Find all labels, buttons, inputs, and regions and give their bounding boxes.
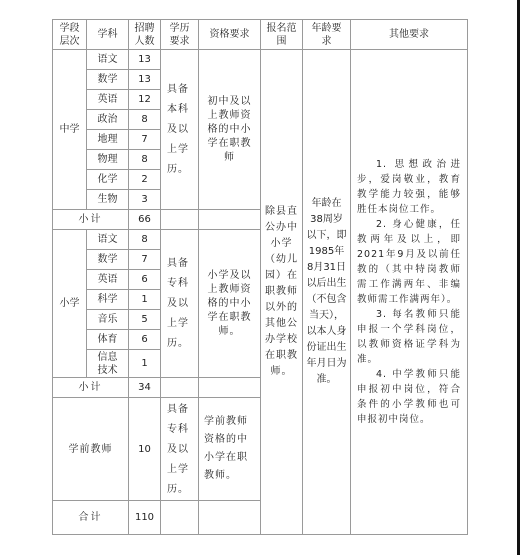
count-cell: 2: [129, 170, 161, 190]
subject-cell: 英语: [87, 270, 129, 290]
preschool-label: 学前教师: [53, 398, 129, 501]
count-cell: 1: [129, 350, 161, 378]
total-count: 110: [129, 501, 161, 535]
scope-cell: 除县直公办中小学（幼儿园）在职教师以外的其他公办学校在职教师。: [261, 50, 303, 535]
age-cell: 年龄在38周岁以下，即1985年8月31日以后出生（不包含当天），以本人身份证出…: [303, 50, 351, 535]
count-cell: 8: [129, 230, 161, 250]
level-primary: 小学: [53, 230, 87, 378]
table-row: 中学 语文 13 具备本科及以上学历。 初中及以上教师资格的中小学在职教师 除县…: [53, 50, 468, 70]
empty-cell: [199, 501, 261, 535]
header-scope: 报名范围: [261, 20, 303, 50]
level-middle: 中学: [53, 50, 87, 210]
total-label: 合计: [53, 501, 129, 535]
empty-cell: [199, 210, 261, 230]
header-level: 学段层次: [53, 20, 87, 50]
other-requirements: 1. 思想政治进步，爱岗敬业，教育教学能力较强，能够胜任本岗位工作。 2. 身心…: [351, 50, 468, 535]
preschool-count: 10: [129, 398, 161, 501]
middle-education: 具备本科及以上学历。: [161, 50, 199, 210]
preschool-education: 具备专科及以上学历。: [161, 398, 199, 501]
header-other: 其他要求: [351, 20, 468, 50]
subject-cell: 语文: [87, 230, 129, 250]
header-subject: 学科: [87, 20, 129, 50]
empty-cell: [161, 210, 199, 230]
count-cell: 13: [129, 70, 161, 90]
count-cell: 1: [129, 290, 161, 310]
header-count: 招聘人数: [129, 20, 161, 50]
count-cell: 8: [129, 110, 161, 130]
subtotal-value: 34: [129, 378, 161, 398]
count-cell: 3: [129, 190, 161, 210]
empty-cell: [161, 501, 199, 535]
header-qualification: 资格要求: [199, 20, 261, 50]
subject-cell: 语文: [87, 50, 129, 70]
count-cell: 5: [129, 310, 161, 330]
subject-cell: 地理: [87, 130, 129, 150]
requirement-2: 2. 身心健康，任教两年及以上，即2021年9月及以前任教的（其中特岗教师需工作…: [357, 217, 461, 307]
subject-cell: 生物: [87, 190, 129, 210]
empty-cell: [199, 378, 261, 398]
subject-cell: 数学: [87, 250, 129, 270]
subject-cell: 音乐: [87, 310, 129, 330]
subtotal-value: 66: [129, 210, 161, 230]
recruitment-table: 学段层次 学科 招聘人数 学历要求 资格要求 报名范围 年龄要求 其他要求 中学…: [52, 19, 468, 535]
count-cell: 7: [129, 250, 161, 270]
subject-cell: 数学: [87, 70, 129, 90]
count-cell: 8: [129, 150, 161, 170]
subject-cell: 信息技术: [87, 350, 129, 378]
middle-qualification: 初中及以上教师资格的中小学在职教师: [199, 50, 261, 210]
count-cell: 12: [129, 90, 161, 110]
count-cell: 6: [129, 270, 161, 290]
subject-cell: 化学: [87, 170, 129, 190]
requirement-3: 3. 每名教师只能申报一个学科岗位，以教师资格证学科为准。: [357, 307, 461, 367]
subject-cell: 英语: [87, 90, 129, 110]
subject-cell: 体育: [87, 330, 129, 350]
requirement-1: 1. 思想政治进步，爱岗敬业，教育教学能力较强，能够胜任本岗位工作。: [357, 157, 461, 217]
count-cell: 6: [129, 330, 161, 350]
subtotal-label: 小计: [53, 378, 129, 398]
subject-cell: 政治: [87, 110, 129, 130]
preschool-qualification: 学前教师资格的中小学在职教师。: [199, 398, 261, 501]
count-cell: 7: [129, 130, 161, 150]
subtotal-label: 小计: [53, 210, 129, 230]
subject-cell: 科学: [87, 290, 129, 310]
requirement-4: 4. 中学教师只能申报初中岗位，符合条件的小学教师也可申报初中岗位。: [357, 367, 461, 427]
header-education: 学历要求: [161, 20, 199, 50]
header-age: 年龄要求: [303, 20, 351, 50]
subject-cell: 物理: [87, 150, 129, 170]
empty-cell: [161, 378, 199, 398]
count-cell: 13: [129, 50, 161, 70]
header-row: 学段层次 学科 招聘人数 学历要求 资格要求 报名范围 年龄要求 其他要求: [53, 20, 468, 50]
primary-education: 具备专科及以上学历。: [161, 230, 199, 378]
primary-qualification: 小学及以上教师资格的中小学在职教师。: [199, 230, 261, 378]
